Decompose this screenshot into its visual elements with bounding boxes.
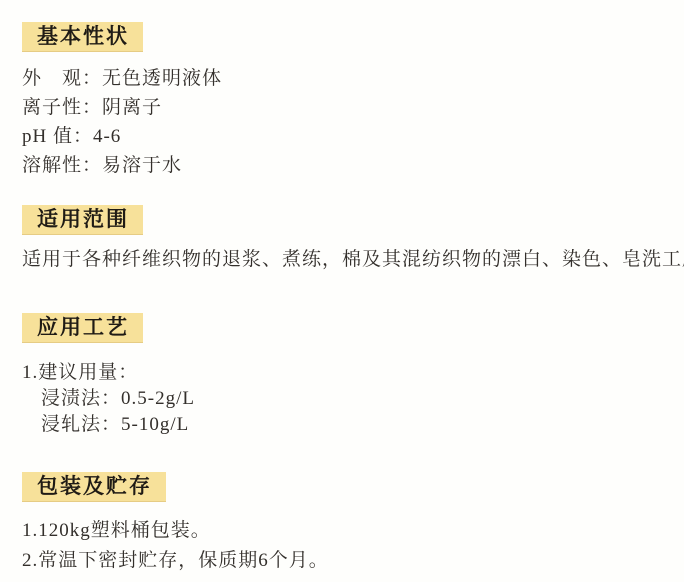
section-title-banner-application-range: 适用范围	[22, 205, 143, 234]
section-application-range: 适用范围 适用于各种纤维织物的退浆、煮练，棉及其混纺织物的漂白、染色、皂洗工序。	[22, 180, 664, 272]
section-title-banner-packaging-storage: 包装及贮存	[22, 472, 166, 501]
section-title: 适用范围	[37, 208, 129, 231]
text-line-packaging: 1.120kg塑料桶包装。	[22, 516, 664, 546]
section-application-process: 应用工艺 1.建议用量： 浸渍法：0.5-2g/L 浸轧法：5-10g/L	[22, 272, 664, 438]
section-title-banner-application-process: 应用工艺	[22, 313, 143, 342]
text-line-storage: 2.常温下密封贮存，保质期6个月。	[22, 546, 664, 576]
text-line-ionicity: 离子性：阴离子	[22, 93, 664, 122]
text-line-recommended-dosage: 1.建议用量：	[22, 360, 664, 386]
text-line-application-range: 适用于各种纤维织物的退浆、煮练，棉及其混纺织物的漂白、染色、皂洗工序。	[22, 248, 664, 272]
text-line-dipping-method: 浸渍法：0.5-2g/L	[22, 386, 664, 412]
section-basic-properties: 基本性状 外 观：无色透明液体 离子性：阴离子 pH 值：4-6 溶解性：易溶于…	[22, 22, 664, 180]
section-title: 包装及贮存	[37, 475, 152, 498]
text-line-solubility: 溶解性：易溶于水	[22, 151, 664, 180]
section-packaging-storage: 包装及贮存 1.120kg塑料桶包装。 2.常温下密封贮存，保质期6个月。	[22, 438, 664, 576]
text-line-padding-method: 浸轧法：5-10g/L	[22, 412, 664, 438]
text-line-ph-value: pH 值：4-6	[22, 122, 664, 151]
section-title-banner-basic-properties: 基本性状	[22, 22, 143, 51]
document-page: 基本性状 外 观：无色透明液体 离子性：阴离子 pH 值：4-6 溶解性：易溶于…	[0, 0, 684, 582]
text-line-appearance: 外 观：无色透明液体	[22, 64, 664, 93]
section-title: 基本性状	[37, 25, 129, 48]
section-title: 应用工艺	[37, 316, 129, 339]
